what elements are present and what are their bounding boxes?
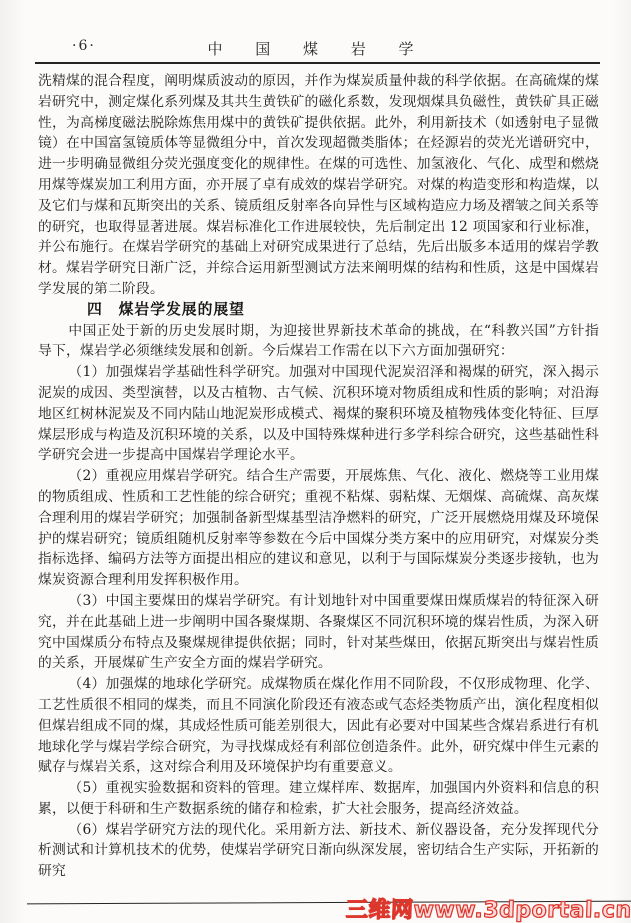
running-title: 中 国 煤 岩 学 [35,38,600,59]
numbered-item-5: （5）重视实验数据和资料的管理。建立煤样库、数据库，加强国内外资料和信息的积累，… [38,778,599,820]
page-header: ·6· 中 国 煤 岩 学 [35,38,600,64]
numbered-item-1: （1）加强煤岩学基础性科学研究。加强对中国现代泥炭沼泽和褐煤的研究，深入揭示泥炭… [38,362,599,466]
numbered-item-4: （4）加强煤的地球化学研究。成煤物质在煤化作用不同阶段，不仅形成物理、化学、工艺… [38,674,599,778]
numbered-item-6: （6）煤岩学研究方法的现代化。采用新方法、新技术、新仪器设备，充分发挥现代分析测… [38,820,599,882]
section-heading: 四 煤岩学发展的展望 [87,300,599,321]
numbered-item-3: （3）中国主要煤田的煤岩学研究。有计划地针对中国重要煤田煤质煤岩的特征深入研究，… [38,591,599,674]
page-body: 洗精煤的混合程度，阐明煤质波动的原因，并作为煤炭质量仲裁的科学依据。在高硫煤的煤… [38,71,599,882]
numbered-item-2: （2）重视应用煤岩学研究。结合生产需要，开展炼焦、气化、液化、燃烧等工业用煤的物… [38,466,599,591]
section-intro-paragraph: 中国正处于新的历史发展时期，为迎接世界新技术革命的挑战，在“科教兴国”方针指导下… [38,321,599,363]
paragraph-continued: 洗精煤的混合程度，阐明煤质波动的原因，并作为煤炭质量仲裁的科学依据。在高硫煤的煤… [38,71,599,300]
scanned-book-page: ·6· 中 国 煤 岩 学 洗精煤的混合程度，阐明煤质波动的原因，并作为煤炭质量… [0,0,631,923]
site-watermark: 三维网www.3dportal.cn [346,893,631,923]
